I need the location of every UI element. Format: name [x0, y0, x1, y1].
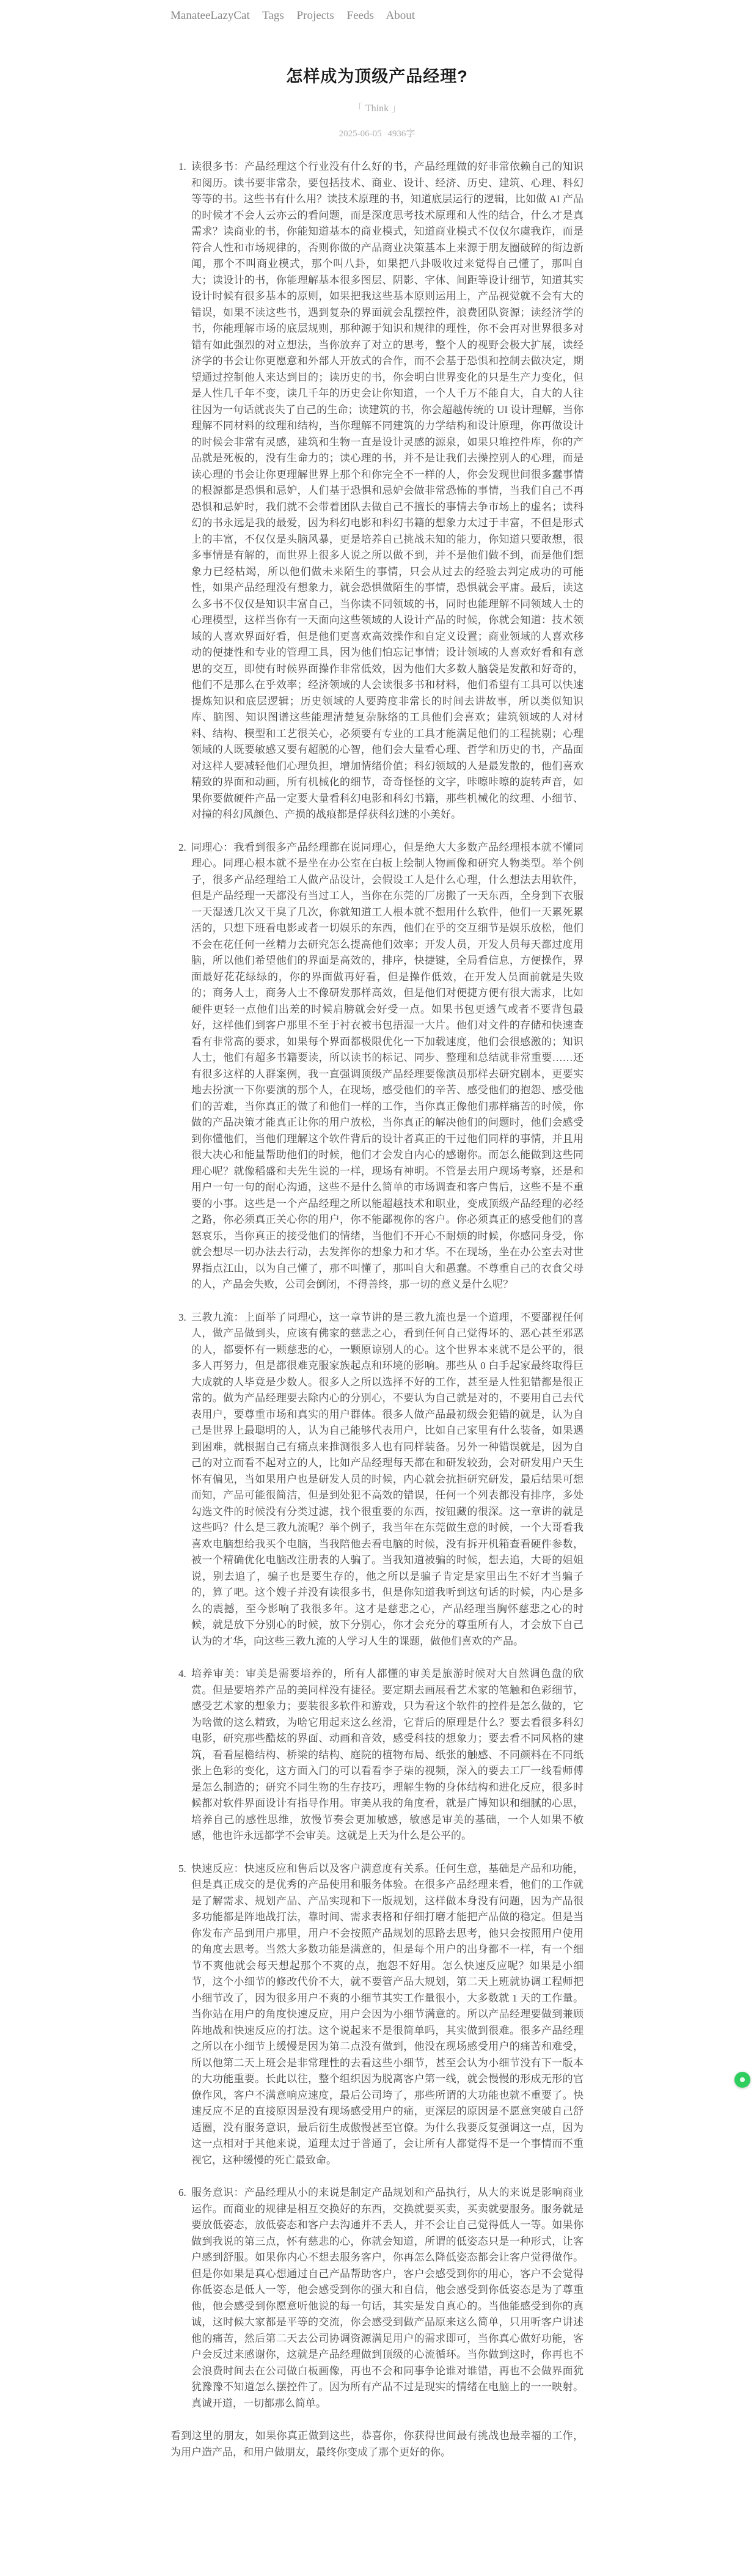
article-date: 2025-06-05 [339, 129, 382, 139]
article-list-item-rapid-response: 快速反应：快速反应和售后以及客户满意度有关系。任何生意，基础是产品和功能，但是真… [189, 1861, 584, 2169]
article-author: 「 Think 」 [170, 100, 584, 114]
page-container: ManateeLazyCat Tags Projects Feeds About… [170, 0, 584, 2528]
page-title: 怎样成为顶级产品经理? [170, 63, 584, 87]
nav-link-feeds[interactable]: Feeds [347, 9, 374, 22]
nav-link-about[interactable]: About [386, 9, 415, 22]
article-word-count: 4936字 [387, 129, 415, 139]
article-list-item-service-mindset: 服务意识：产品经理从小的来说是制定产品规划和产品执行，从大的来说是影响商业运作。… [189, 2185, 584, 2412]
article-list: 读很多书：产品经理这个行业没有什么好的书，产品经理做的好非常依赖自己的知识和阅历… [170, 159, 584, 2412]
bottom-whitespace [170, 2460, 584, 2528]
site-brand-link[interactable]: ManateeLazyCat [170, 9, 250, 22]
site-header: ManateeLazyCat Tags Projects Feeds About [170, 0, 584, 23]
article-list-item-read-books: 读很多书：产品经理这个行业没有什么好的书，产品经理做的好非常依赖自己的知识和阅历… [189, 159, 584, 823]
fab-dot-icon [740, 2077, 745, 2082]
article-list-item-empathy: 同理心：我看到很多产品经理都在说同理心，但是绝大大多数产品经理根本就不懂同理心。… [189, 840, 584, 1293]
nav-link-projects[interactable]: Projects [297, 9, 334, 22]
closing-paragraph: 看到这里的朋友，如果你真正做到这些，恭喜你，你获得世间最有挑战也最幸福的工作，为… [170, 2428, 584, 2460]
article-list-item-all-walks-of-life: 三教九流：上面举了同理心，这一章节讲的是三教九流也是一个道理，不要鄙视任何人，做… [189, 1310, 584, 1650]
floating-action-button[interactable] [734, 2072, 750, 2088]
nav-link-tags[interactable]: Tags [262, 9, 284, 22]
article-list-item-cultivate-aesthetics: 培养审美：审美是需要培养的，所有人都懂的审美是旅游时候对大自然调色盘的欣赏。但是… [189, 1666, 584, 1844]
article-meta: 2025-06-05 4936字 [170, 127, 584, 139]
article-body: 读很多书：产品经理这个行业没有什么好的书，产品经理做的好非常依赖自己的知识和阅历… [170, 159, 584, 2460]
